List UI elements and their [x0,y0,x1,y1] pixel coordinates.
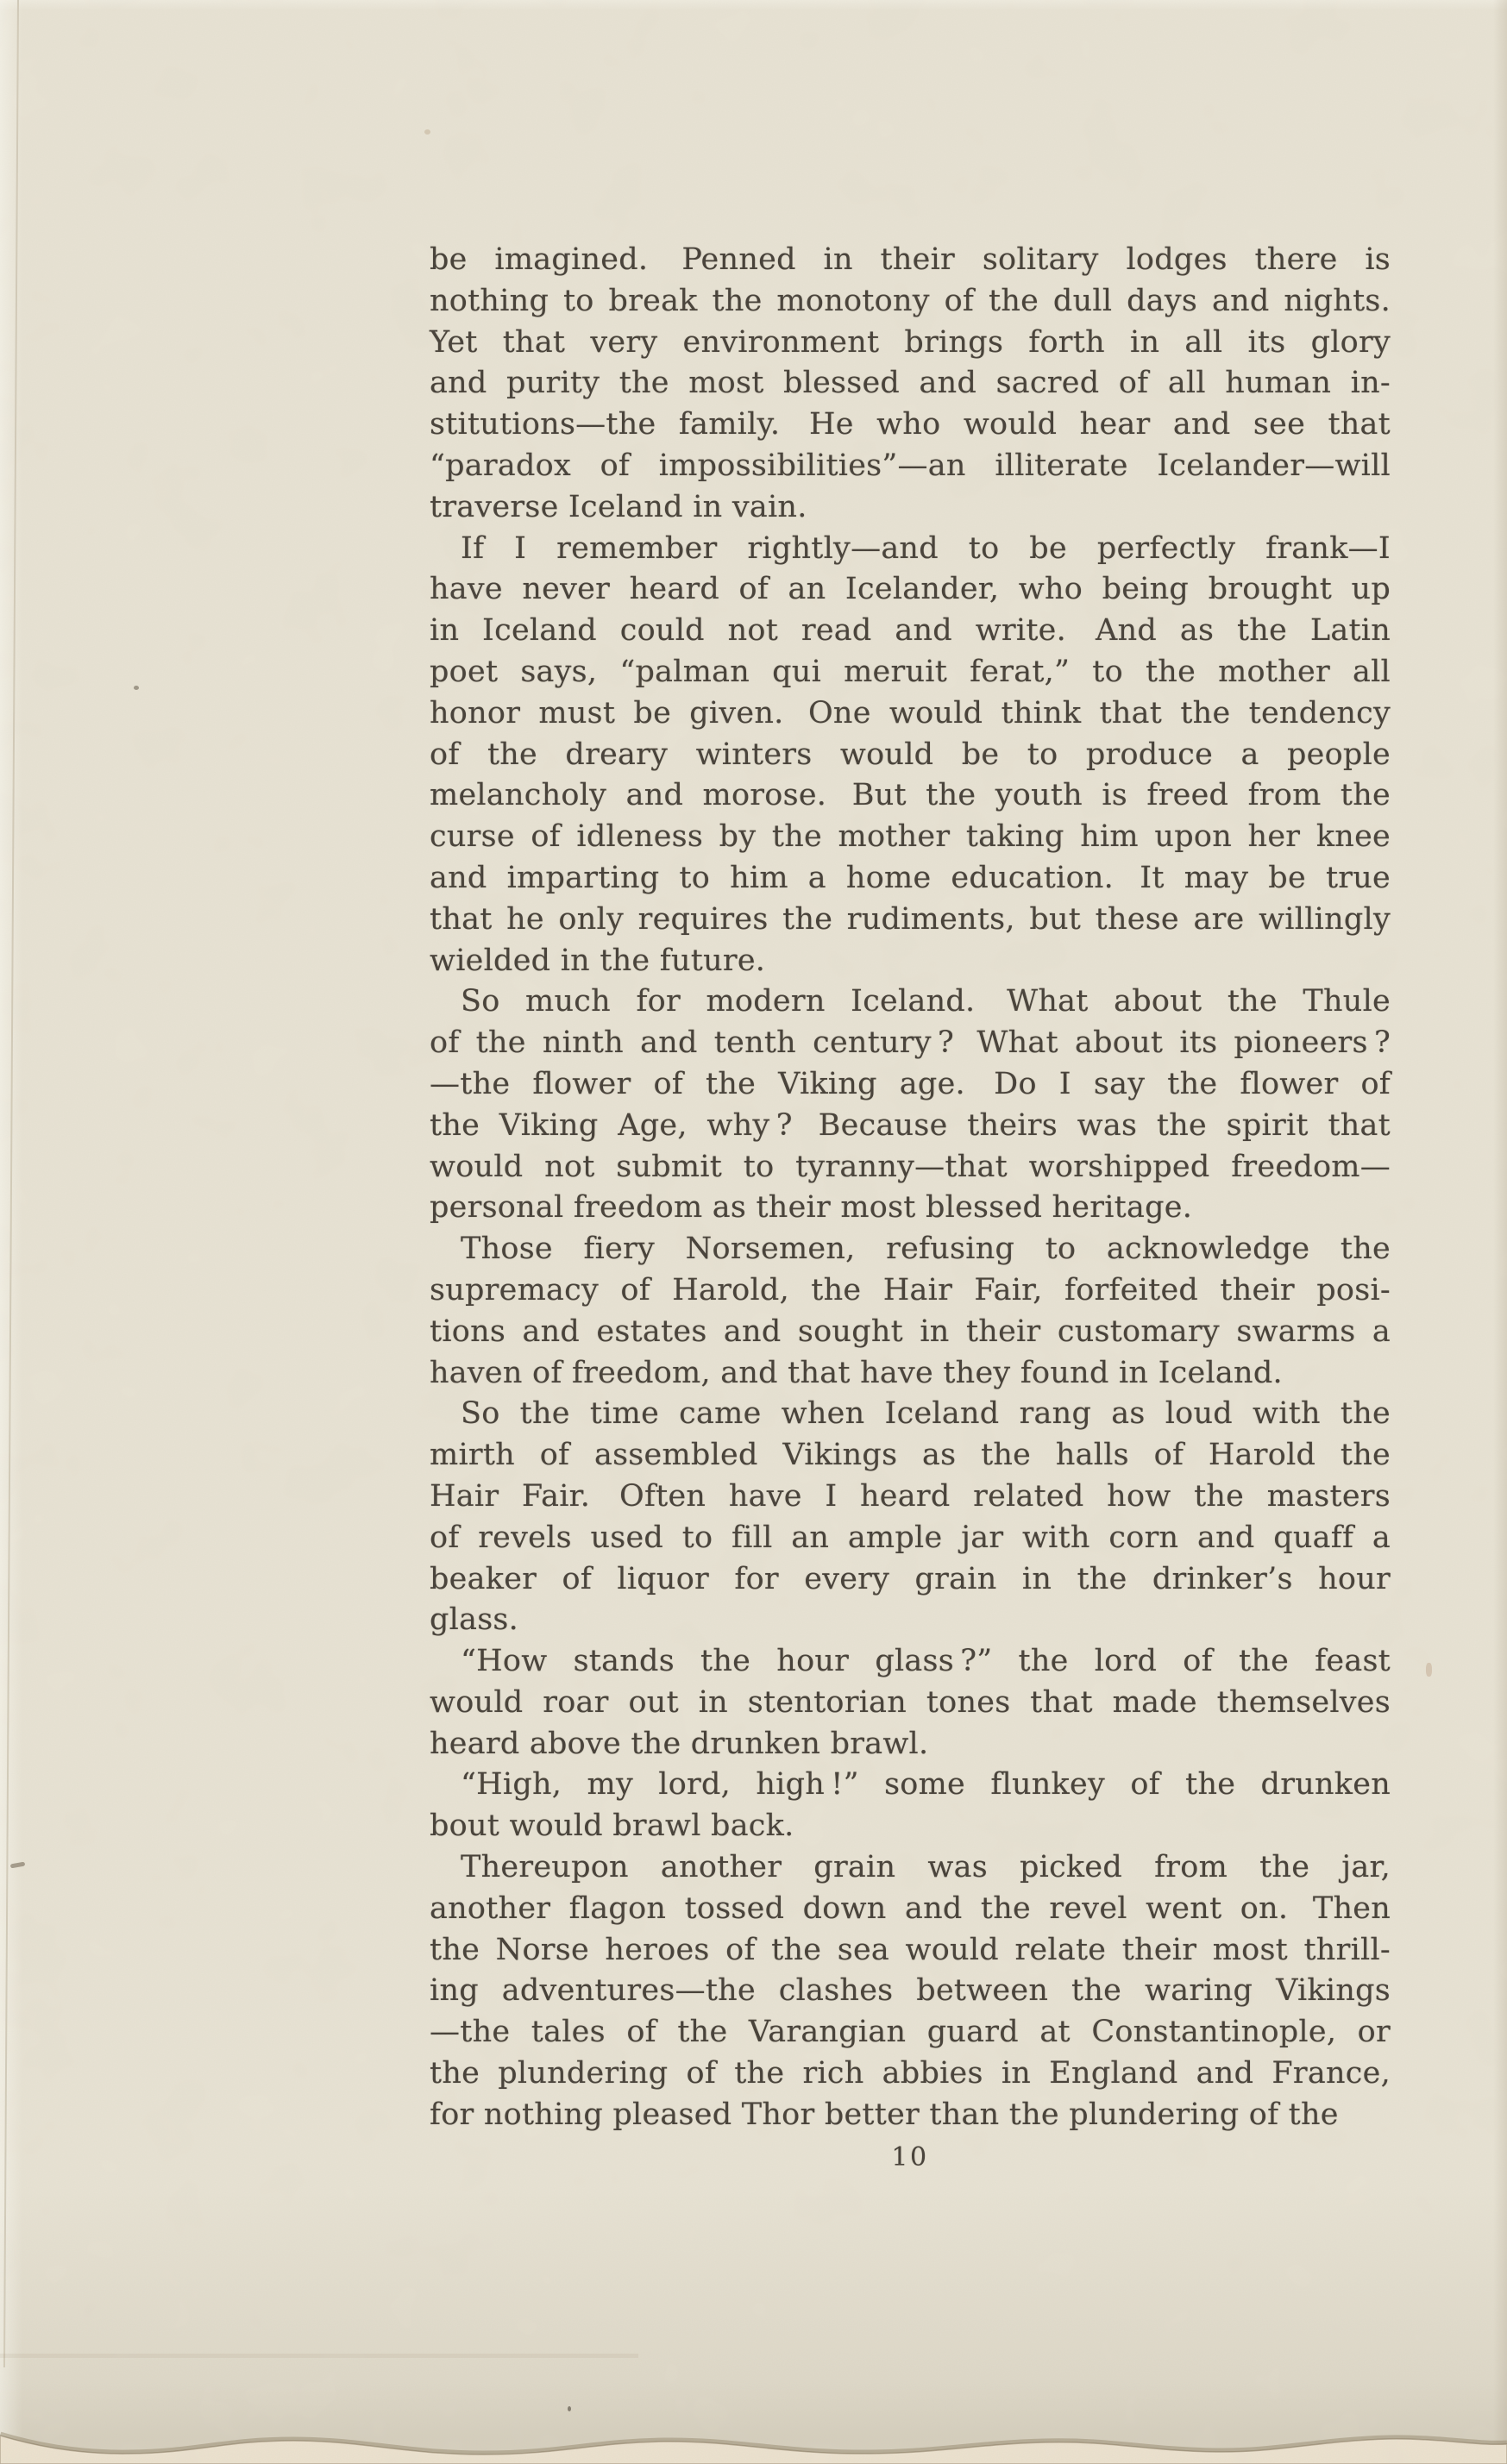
text-line: the Norse heroes of the sea would relate… [430,1930,1391,1972]
text-line: beaker of liquor for every grain in the … [430,1559,1391,1601]
text-line: traverse Iceland in vain. [430,487,1391,529]
text-line: stitutions—the family. He who would hear… [430,404,1391,446]
page-text-block: be imagined. Penned in their solitary lo… [430,240,1391,2136]
text-line: “paradox of impossibilities”—an illitera… [430,446,1391,487]
text-line: that he only requires the rudiments, but… [430,900,1391,941]
paper-mark [10,1862,26,1869]
text-line: tions and estates and sought in their cu… [430,1312,1391,1353]
text-line: Thereupon another grain was picked from … [430,1847,1391,1889]
text-line: “High, my lord, high !” some flunkey of … [430,1765,1391,1806]
text-line: another flagon tossed down and the revel… [430,1889,1391,1930]
text-line: If I remember rightly—and to be perfectl… [430,529,1391,570]
text-line: of the dreary winters would be to produc… [430,735,1391,776]
text-line: for nothing pleased Thor better than the… [430,2095,1391,2136]
paper-speck [134,686,139,690]
text-line: “How stands the hour glass ?” the lord o… [430,1641,1391,1683]
text-line: glass. [430,1600,1391,1641]
bottom-deckle-edge [0,2436,1507,2464]
text-line: So much for modern Iceland. What about t… [430,981,1391,1023]
horizontal-crease [0,2354,638,2358]
text-line: of revels used to fill an ample jar with… [430,1518,1391,1559]
text-line: heard above the drunken brawl. [430,1724,1391,1765]
text-line: would not submit to tyranny—that worship… [430,1147,1391,1188]
paper-speck [568,2406,571,2411]
text-line: nothing to break the monotony of the dul… [430,281,1391,323]
text-line: and purity the most blessed and sacred o… [430,363,1391,404]
text-line: —the tales of the Varangian guard at Con… [430,2012,1391,2053]
paper-speck [424,129,430,135]
text-line: honor must be given. One would think tha… [430,693,1391,735]
book-page-scan: be imagined. Penned in their solitary lo… [0,0,1507,2464]
text-line: Hair Fair. Often have I heard related ho… [430,1477,1391,1518]
text-line: of the ninth and tenth century ? What ab… [430,1023,1391,1064]
bottom-edge-shadow [0,2436,1507,2455]
text-line: poet says, “palman qui meruit ferat,” to… [430,652,1391,693]
text-line: personal freedom as their most blessed h… [430,1188,1391,1229]
text-line: haven of freedom, and that have they fou… [430,1353,1391,1395]
text-line: bout would brawl back. [430,1806,1391,1847]
paper-stain [1426,1663,1432,1677]
text-line: the plundering of the rich abbies in Eng… [430,2053,1391,2095]
text-line: have never heard of an Icelander, who be… [430,569,1391,611]
text-line: wielded in the future. [430,941,1391,982]
text-line: be imagined. Penned in their solitary lo… [430,240,1391,281]
text-line: mirth of assembled Vikings as the halls … [430,1435,1391,1477]
text-line: Yet that very environment brings forth i… [430,323,1391,364]
text-line: So the time came when Iceland rang as lo… [430,1394,1391,1435]
text-line: ing adventures—the clashes between the w… [430,1971,1391,2012]
text-line: supremacy of Harold, the Hair Fair, forf… [430,1270,1391,1312]
text-line: curse of idleness by the mother taking h… [430,817,1391,858]
text-line: would roar out in stentorian tones that … [430,1683,1391,1724]
left-page-crease [4,0,18,2367]
page-number: 10 [430,2142,1391,2172]
text-line: in Iceland could not read and write. And… [430,611,1391,652]
text-line: —the flower of the Viking age. Do I say … [430,1064,1391,1106]
text-line: Those fiery Norsemen, refusing to acknow… [430,1229,1391,1270]
text-line: and imparting to him a home education. I… [430,858,1391,900]
text-line: the Viking Age, why ? Because theirs was… [430,1106,1391,1147]
text-line: melancholy and morose. But the youth is … [430,775,1391,817]
